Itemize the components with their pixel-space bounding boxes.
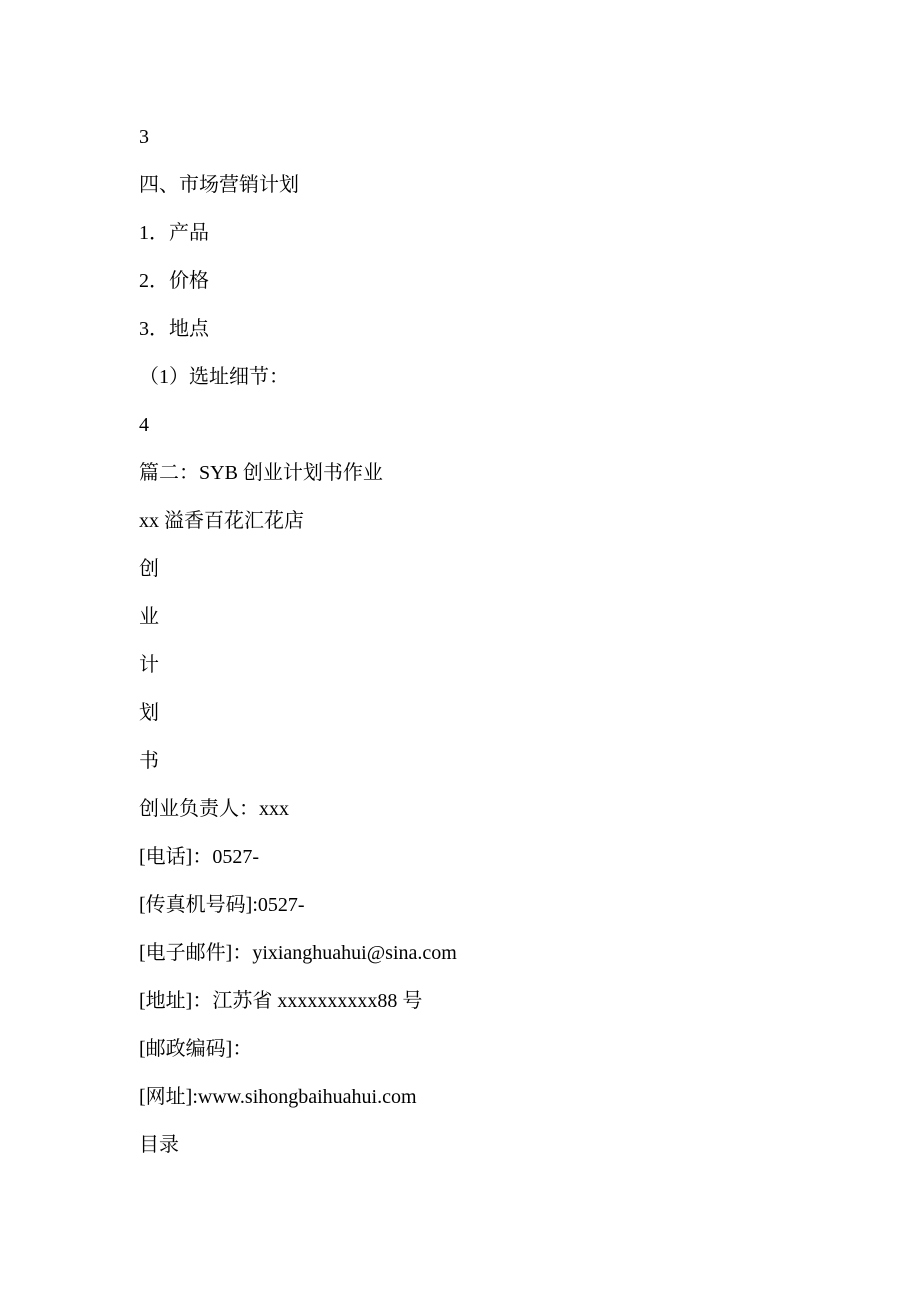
chapter-title: 篇二：SYB 创业计划书作业 — [139, 457, 839, 505]
table-of-contents-heading: 目录 — [139, 1129, 839, 1177]
vertical-title-char-5: 书 — [139, 745, 839, 793]
list-item-price: 2．价格 — [139, 265, 839, 313]
section-heading-marketing-plan: 四、市场营销计划 — [139, 169, 839, 217]
phone-field: [电话]：0527- — [139, 841, 839, 889]
responsible-person: 创业负责人：xxx — [139, 793, 839, 841]
list-item-location: 3．地点 — [139, 313, 839, 361]
page-number-4: 4 — [139, 409, 839, 457]
shop-name: xx 溢香百花汇花店 — [139, 505, 839, 553]
fax-field: [传真机号码]:0527- — [139, 889, 839, 937]
list-item-product: 1．产品 — [139, 217, 839, 265]
postal-code-field: [邮政编码]： — [139, 1033, 839, 1081]
page-number-3: 3 — [139, 121, 839, 169]
vertical-title-char-3: 计 — [139, 649, 839, 697]
vertical-title-char-4: 划 — [139, 697, 839, 745]
vertical-title-char-1: 创 — [139, 553, 839, 601]
vertical-title-char-2: 业 — [139, 601, 839, 649]
email-field: [电子邮件]：yixianghuahui@sina.com — [139, 937, 839, 985]
address-field: [地址]：江苏省 xxxxxxxxxx88 号 — [139, 985, 839, 1033]
document-page: 3 四、市场营销计划 1．产品 2．价格 3．地点 （1）选址细节： 4 篇二：… — [139, 121, 839, 1177]
sub-item-site-details: （1）选址细节： — [139, 361, 839, 409]
website-field: [网址]:www.sihongbaihuahui.com — [139, 1081, 839, 1129]
